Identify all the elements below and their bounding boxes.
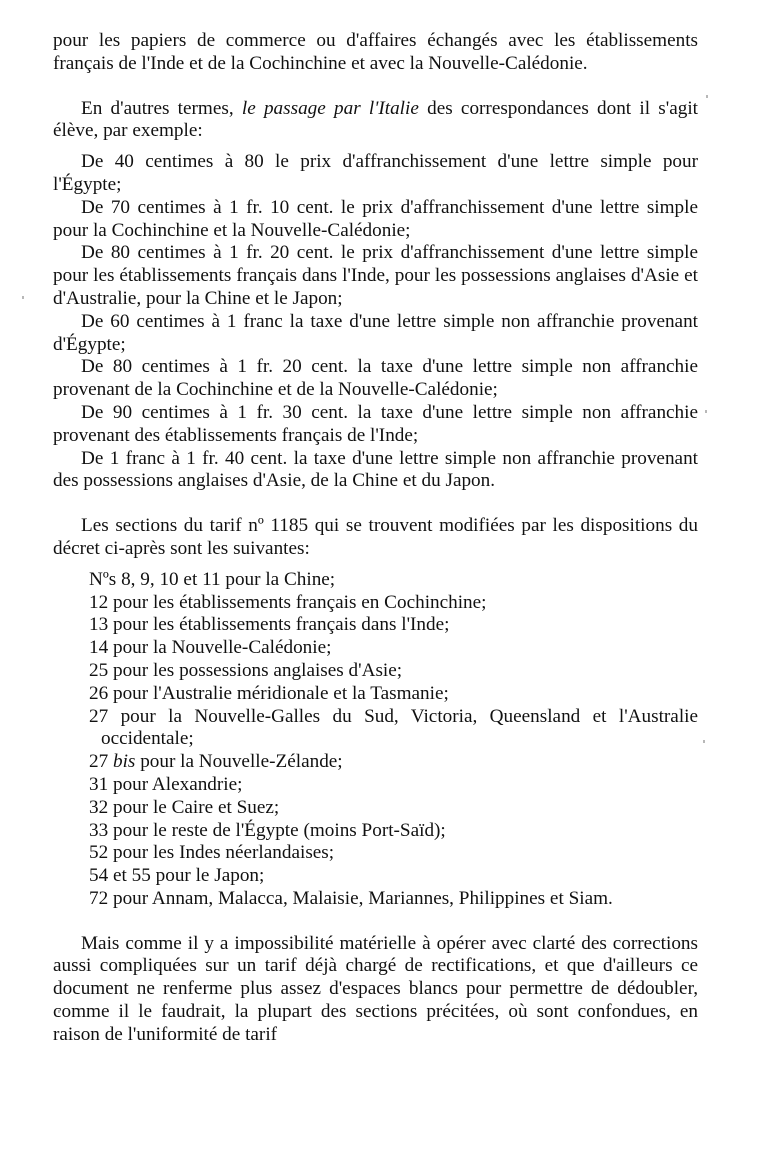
spacer	[53, 143, 698, 151]
section-item: 72 pour Annam, Malacca, Malaisie, Marian…	[89, 888, 698, 911]
paragraph-closing: Mais comme il y a impossibilité matériel…	[53, 933, 698, 1047]
spacer	[53, 561, 698, 569]
section-number: 32	[89, 797, 108, 818]
section-item: 31 pour Alexandrie;	[89, 774, 698, 797]
text-prefix: En d'autres termes,	[81, 98, 242, 119]
section-number: 54 et 55	[89, 865, 151, 886]
scan-speck	[705, 410, 707, 413]
section-label: pour les établissements français en Coch…	[108, 592, 486, 613]
section-label: pour le Japon;	[151, 865, 265, 886]
section-label: pour le Caire et Suez;	[108, 797, 279, 818]
section-label: pour la Chine;	[221, 569, 336, 590]
section-number: 14	[89, 637, 108, 658]
paragraph-sections-intro: Les sections du tarif nº 1185 qui se tro…	[53, 515, 698, 561]
section-suffix-italic: bis	[108, 751, 135, 772]
section-item: 27 bis pour la Nouvelle-Zélande;	[89, 751, 698, 774]
section-label: pour les possessions anglaises d'Asie;	[108, 660, 402, 681]
section-number: 31	[89, 774, 108, 795]
price-item: De 70 centimes à 1 fr. 10 cent. le prix …	[53, 197, 698, 243]
paragraph-examples-intro: En d'autres termes, le passage par l'Ita…	[53, 98, 698, 144]
section-label: pour le reste de l'Égypte (moins Port-Sa…	[108, 820, 446, 841]
price-item: De 80 centimes à 1 fr. 20 cent. le prix …	[53, 242, 698, 310]
section-item: 14 pour la Nouvelle-Calédonie;	[89, 637, 698, 660]
price-item: De 1 franc à 1 fr. 40 cent. la taxe d'un…	[53, 448, 698, 494]
section-number: 26	[89, 683, 108, 704]
spacer	[53, 76, 698, 98]
section-item: 13 pour les établissements français dans…	[89, 614, 698, 637]
price-item: De 90 centimes à 1 fr. 30 cent. la taxe …	[53, 402, 698, 448]
section-number: 52	[89, 842, 108, 863]
sections-list: Nºs 8, 9, 10 et 11 pour la Chine; 12 pou…	[53, 569, 698, 911]
section-label: pour la Nouvelle-Galles du Sud, Victoria…	[101, 706, 698, 750]
scan-speck	[22, 296, 24, 299]
section-item: 26 pour l'Australie méridionale et la Ta…	[89, 683, 698, 706]
section-number: 25	[89, 660, 108, 681]
document-page: pour les papiers de commerce ou d'affair…	[53, 30, 698, 1047]
section-item: 27 pour la Nouvelle-Galles du Sud, Victo…	[89, 706, 698, 752]
price-change-list: De 40 centimes à 80 le prix d'affranchis…	[53, 151, 698, 493]
paragraph-continuation: pour les papiers de commerce ou d'affair…	[53, 30, 698, 76]
price-item: De 40 centimes à 80 le prix d'affranchis…	[53, 151, 698, 197]
section-item: 32 pour le Caire et Suez;	[89, 797, 698, 820]
section-number: 27	[89, 706, 108, 727]
spacer	[53, 493, 698, 515]
section-item: 52 pour les Indes néerlandaises;	[89, 842, 698, 865]
section-number: 72	[89, 888, 108, 909]
price-item: De 80 centimes à 1 fr. 20 cent. la taxe …	[53, 356, 698, 402]
italic-phrase: le passage par l'Italie	[242, 98, 419, 119]
section-label: pour la Nouvelle-Calédonie;	[108, 637, 331, 658]
scan-speck	[706, 95, 708, 98]
section-number: 27	[89, 751, 108, 772]
section-label: pour l'Australie méridionale et la Tasma…	[108, 683, 449, 704]
section-label: pour les établissements français dans l'…	[108, 614, 449, 635]
section-number: Nºs 8, 9, 10 et 11	[89, 569, 221, 590]
section-number: 12	[89, 592, 108, 613]
section-item: 12 pour les établissements français en C…	[89, 592, 698, 615]
section-label: pour Annam, Malacca, Malaisie, Mariannes…	[108, 888, 613, 909]
section-label: pour la Nouvelle-Zélande;	[135, 751, 342, 772]
spacer	[53, 911, 698, 933]
price-item: De 60 centimes à 1 franc la taxe d'une l…	[53, 311, 698, 357]
section-item: Nºs 8, 9, 10 et 11 pour la Chine;	[89, 569, 698, 592]
section-item: 33 pour le reste de l'Égypte (moins Port…	[89, 820, 698, 843]
scan-speck	[58, 1010, 60, 1013]
section-label: pour Alexandrie;	[108, 774, 242, 795]
section-number: 33	[89, 820, 108, 841]
section-label: pour les Indes néerlandaises;	[108, 842, 334, 863]
section-number: 13	[89, 614, 108, 635]
section-item: 54 et 55 pour le Japon;	[89, 865, 698, 888]
section-item: 25 pour les possessions anglaises d'Asie…	[89, 660, 698, 683]
scan-speck	[703, 740, 705, 743]
